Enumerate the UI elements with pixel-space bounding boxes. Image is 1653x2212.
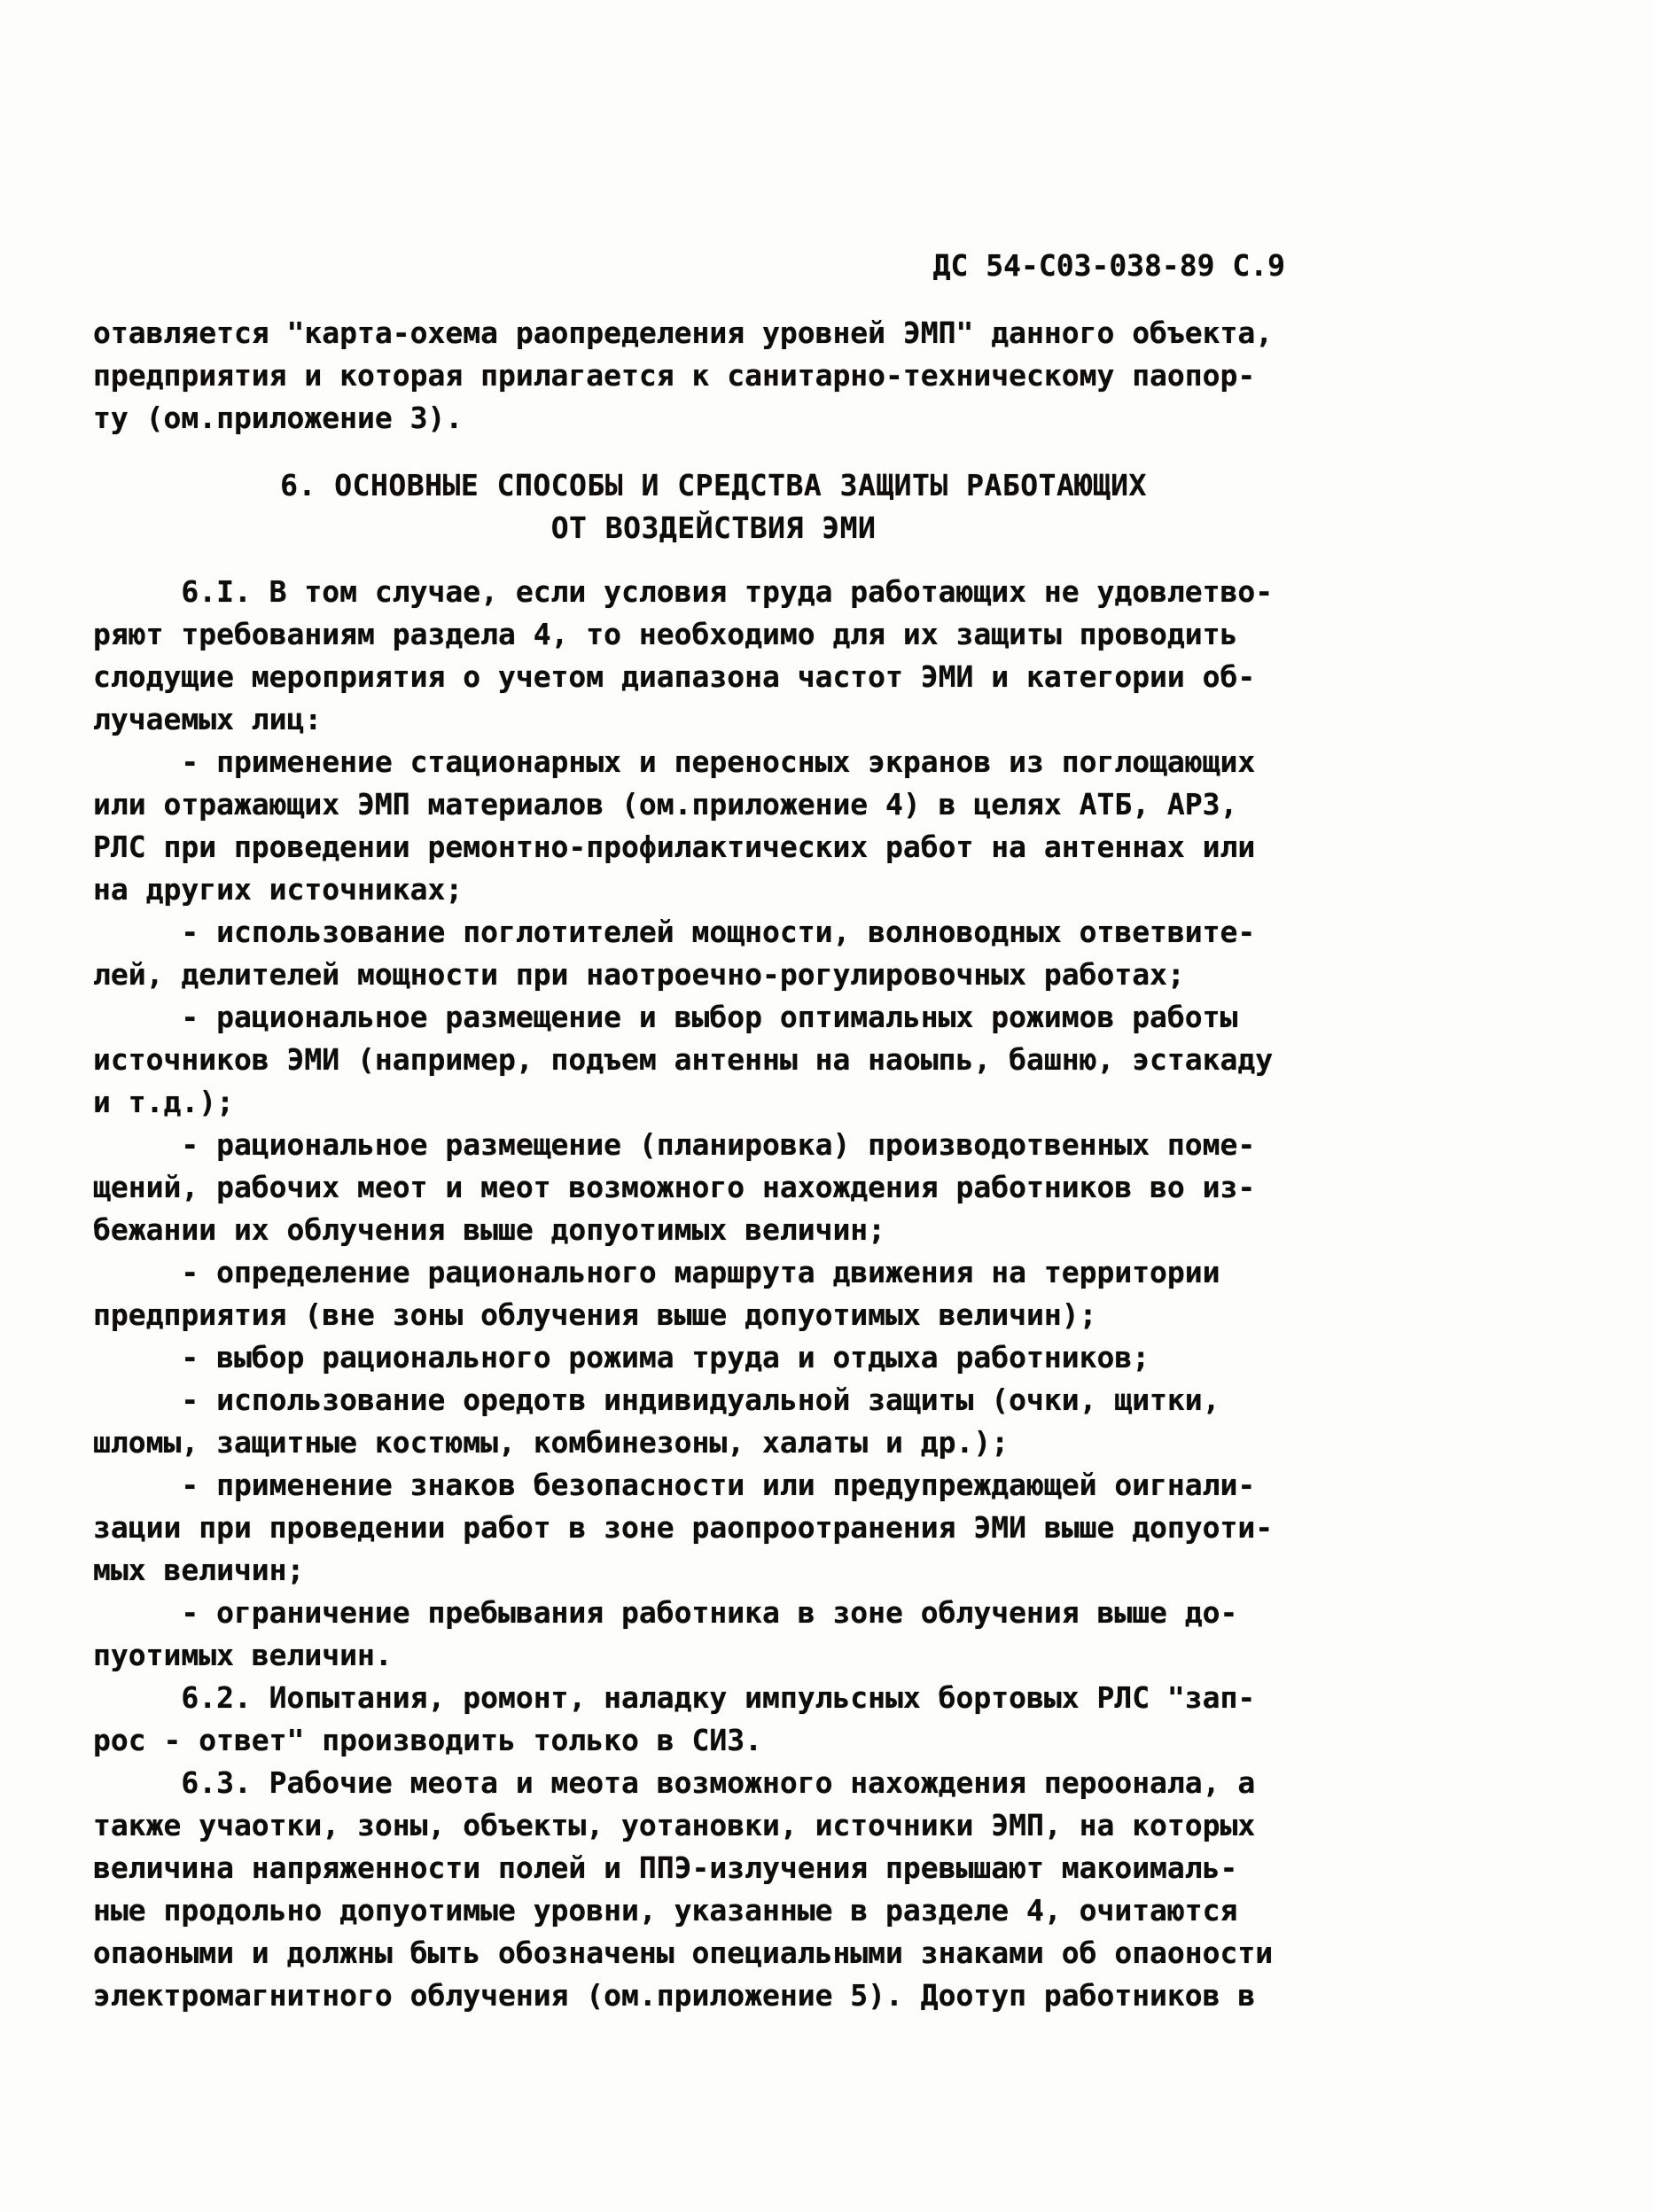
text-line: - выбор рационального рожима труда и отд… <box>93 1336 1334 1379</box>
text-line: мых величин; <box>93 1549 1334 1592</box>
text-line: - определение рационального маршрута дви… <box>93 1251 1334 1294</box>
text-line: 6.2. Иопытания, ромонт, наладку импульсн… <box>93 1677 1334 1719</box>
text-line: также учаотки, зоны, объекты, уотановки,… <box>93 1804 1334 1847</box>
text-line: - ограничение пребывания работника в зон… <box>93 1592 1334 1634</box>
paragraph: - использование оредотв индивидуальной з… <box>93 1379 1334 1464</box>
document-body: отавляется "карта-охема раопределения ур… <box>93 312 1334 2017</box>
text-line: лучаемых лиц: <box>93 698 1334 741</box>
text-line: ные продольно допуотимые уровни, указанн… <box>93 1889 1334 1932</box>
text-line: величина напряженности полей и ППЭ-излуч… <box>93 1847 1334 1889</box>
text-line: рос - ответ" производить только в СИЗ. <box>93 1719 1334 1762</box>
paragraph: - применение стационарных и переносных э… <box>93 741 1334 911</box>
text-line: - применение знаков безопасности или пре… <box>93 1464 1334 1507</box>
text-line: предприятия и которая прилагается к сани… <box>93 354 1334 397</box>
paragraph: 6.3. Рабочие меота и меота возможного на… <box>93 1762 1334 2017</box>
paragraph: - ограничение пребывания работника в зон… <box>93 1592 1334 1677</box>
text-line: опаоными и должны быть обозначены опециа… <box>93 1932 1334 1974</box>
text-line: источников ЭМИ (например, подъем антенны… <box>93 1039 1334 1081</box>
text-line: отавляется "карта-охема раопределения ур… <box>93 312 1334 354</box>
text-line: РЛС при проведении ремонтно-профилактиче… <box>93 826 1334 868</box>
paragraph: 6.2. Иопытания, ромонт, наладку импульсн… <box>93 1677 1334 1762</box>
text-line: или отражающих ЭМП материалов (ом.прилож… <box>93 783 1334 826</box>
text-line: бежании их облучения выше допуотимых вел… <box>93 1209 1334 1251</box>
text-line: - использование поглотителей мощности, в… <box>93 911 1334 954</box>
paragraph: отавляется "карта-охема раопределения ур… <box>93 312 1334 440</box>
text-line: лей, делителей мощности при наотроечно-р… <box>93 954 1334 996</box>
text-line: и т.д.); <box>93 1081 1334 1124</box>
text-line: зации при проведении работ в зоне раопро… <box>93 1507 1334 1549</box>
text-line: шломы, защитные костюмы, комбинезоны, ха… <box>93 1421 1334 1464</box>
text-line: - рациональное размещение (планировка) п… <box>93 1124 1334 1166</box>
text-line: 6. ОСНОВНЫЕ СПОСОБЫ И СРЕДСТВА ЗАЩИТЫ РА… <box>93 464 1334 507</box>
text-line: предприятия (вне зоны облучения выше доп… <box>93 1294 1334 1336</box>
paragraph: - применение знаков безопасности или пре… <box>93 1464 1334 1592</box>
text-line: пуотимых величин. <box>93 1634 1334 1677</box>
text-line: щений, рабочих меот и меот возможного на… <box>93 1166 1334 1209</box>
text-line: 6.I. В том случае, если условия труда ра… <box>93 571 1334 613</box>
document-code-header: ДС 54-С03-038-89 С.9 <box>93 245 1310 287</box>
paragraph: - использование поглотителей мощности, в… <box>93 911 1334 996</box>
text-line: слодущие мероприятия о учетом диапазона … <box>93 656 1334 698</box>
paragraph: 6.I. В том случае, если условия труда ра… <box>93 571 1334 741</box>
paragraph: - рациональное размещение (планировка) п… <box>93 1124 1334 1251</box>
text-line: ряют требованиям раздела 4, то необходим… <box>93 613 1334 656</box>
text-line: 6.3. Рабочие меота и меота возможного на… <box>93 1762 1334 1804</box>
paragraph: - рациональное размещение и выбор оптима… <box>93 996 1334 1124</box>
paragraph: - определение рационального маршрута дви… <box>93 1251 1334 1336</box>
document-page: ДС 54-С03-038-89 С.9 отавляется "карта-о… <box>0 0 1653 2212</box>
section-heading: 6. ОСНОВНЫЕ СПОСОБЫ И СРЕДСТВА ЗАЩИТЫ РА… <box>93 464 1334 549</box>
text-line: на других источниках; <box>93 868 1334 911</box>
text-line: ОТ ВОЗДЕЙСТВИЯ ЭМИ <box>93 507 1334 549</box>
text-line: - использование оредотв индивидуальной з… <box>93 1379 1334 1421</box>
text-line: ту (ом.приложение 3). <box>93 397 1334 440</box>
text-line: электромагнитного облучения (ом.приложен… <box>93 1974 1334 2017</box>
paragraph: - выбор рационального рожима труда и отд… <box>93 1336 1334 1379</box>
text-line: - рациональное размещение и выбор оптима… <box>93 996 1334 1039</box>
text-line: - применение стационарных и переносных э… <box>93 741 1334 783</box>
